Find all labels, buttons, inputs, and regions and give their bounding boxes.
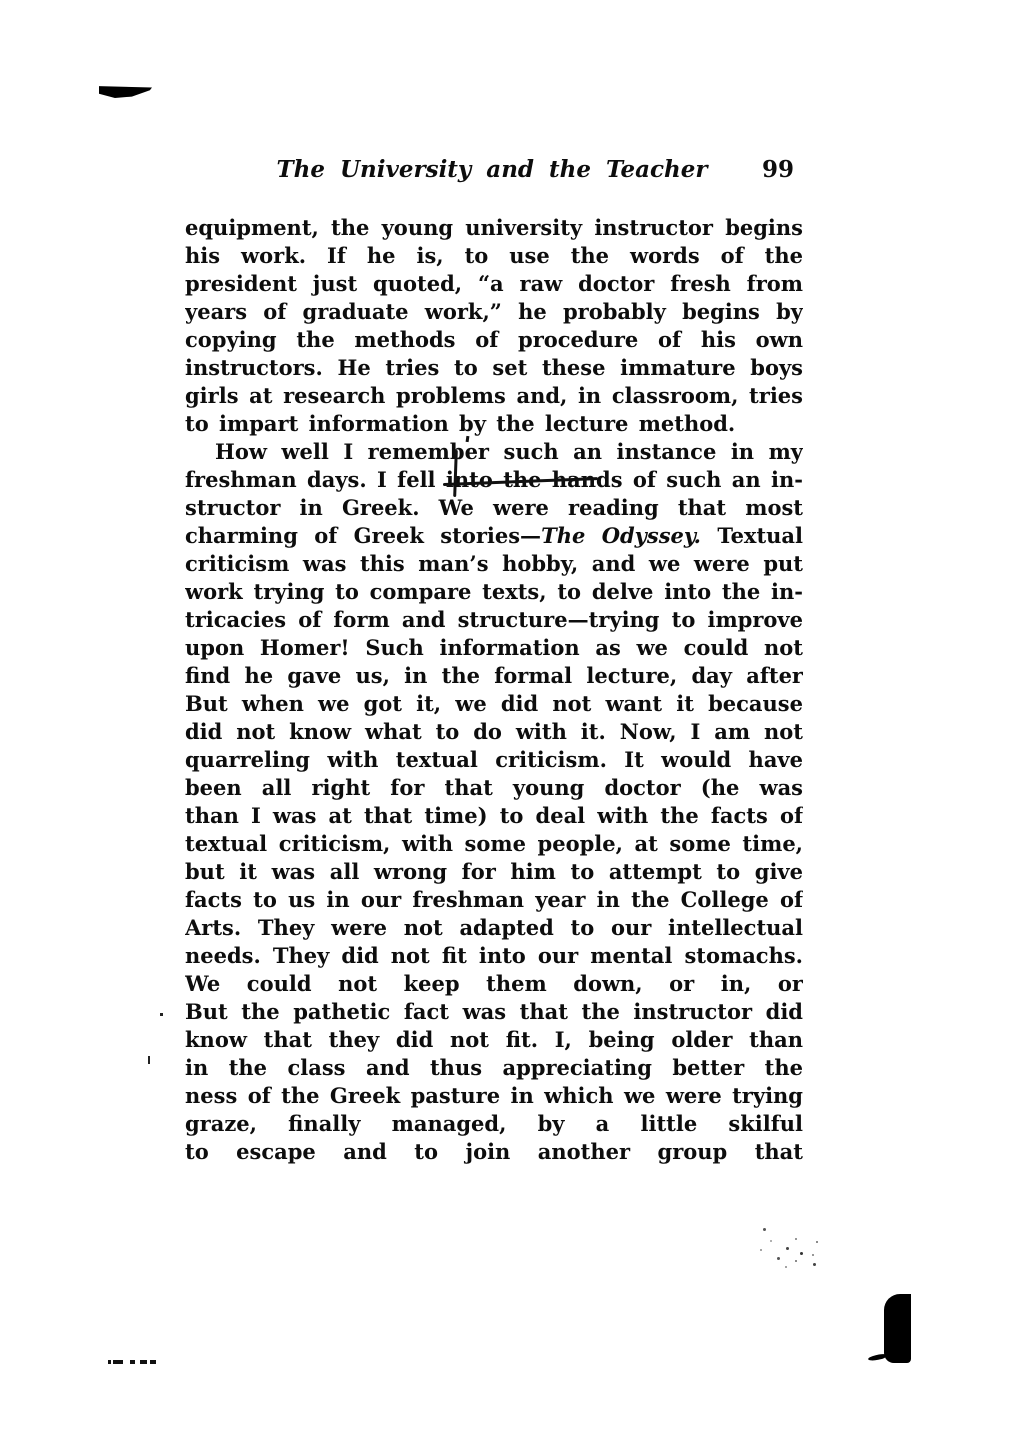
dash-mark <box>130 1360 135 1364</box>
text-line: find he gave us, in the formal lecture, … <box>185 662 803 690</box>
text-line: ness of the Greek pasture in which we we… <box>185 1082 803 1110</box>
text-line: instructors. He tries to set these immat… <box>185 354 803 382</box>
speckle-dot <box>760 1249 762 1251</box>
text-line: needs. They did not fit into our mental … <box>185 942 803 970</box>
text-line: but it was all wrong for him to attempt … <box>185 858 803 886</box>
text-line: criticism was this man’s hobby, and we w… <box>185 550 803 578</box>
text-line: years of graduate work,” he probably beg… <box>185 298 803 326</box>
text-line: equipment, the young university instruct… <box>185 214 803 242</box>
text-line: been all right for that young doctor (he… <box>185 774 803 802</box>
speckle-dot <box>786 1247 789 1250</box>
text-line: graze, finally managed, by a little skil… <box>185 1110 803 1138</box>
speckle-dot <box>770 1240 772 1242</box>
dash-mark <box>108 1360 111 1364</box>
body-text: equipment, the young university instruct… <box>185 214 803 1166</box>
text-line: to impart information by the lecture met… <box>185 410 803 438</box>
book-title-italic: The Odyssey. <box>541 523 701 548</box>
margin-speck <box>160 1013 163 1016</box>
text-line: to escape and to join another group that… <box>185 1138 803 1166</box>
text-line: in the class and thus appreciating bette… <box>185 1054 803 1082</box>
ink-blob-curl <box>868 1353 887 1362</box>
text-line: president just quoted, “a raw doctor fre… <box>185 270 803 298</box>
text-line: freshman days. I fell into the hands of … <box>185 466 803 494</box>
text-line: quarreling with textual criticism. It wo… <box>185 746 803 774</box>
text-line: girls at research problems and, in class… <box>185 382 803 410</box>
speckle-dot <box>795 1238 797 1240</box>
text-line: did not know what to do with it. Now, I … <box>185 718 803 746</box>
text-line: tricacies of form and structure—trying t… <box>185 606 803 634</box>
dash-mark <box>140 1360 147 1364</box>
text-line: facts to us in our freshman year in the … <box>185 886 803 914</box>
scanned-book-page: The University and the Teacher 99 equipm… <box>0 0 1010 1454</box>
dash-mark <box>150 1360 156 1364</box>
ink-blob-right-edge <box>884 1294 911 1363</box>
margin-speck <box>148 1056 150 1064</box>
text-line: Arts. They were not adapted to our intel… <box>185 914 803 942</box>
text-line: work trying to compare texts, to delve i… <box>185 578 803 606</box>
running-header-title: The University and the Teacher <box>277 156 708 183</box>
text-line: But when we got it, we did not want it b… <box>185 690 803 718</box>
text-line: How well I remember such an instance in … <box>185 438 803 466</box>
speckle-dot <box>813 1263 816 1266</box>
text-line: copying the methods of procedure of his … <box>185 326 803 354</box>
speckle-dot <box>812 1254 814 1256</box>
text-line: know that they did not fit. I, being old… <box>185 1026 803 1054</box>
text-line: upon Homer! Such information as we could… <box>185 634 803 662</box>
dash-mark <box>113 1360 123 1364</box>
text-line: But the pathetic fact was that the instr… <box>185 998 803 1026</box>
speckle-dot <box>800 1252 803 1255</box>
text-line: charming of Greek stories—The Odyssey. T… <box>185 522 803 550</box>
speckle-dot <box>777 1257 780 1260</box>
text-line: than I was at that time) to deal with th… <box>185 802 803 830</box>
text-line: We could not keep them down, or in, or s… <box>185 970 803 998</box>
page-number: 99 <box>762 156 794 183</box>
text-line: structor in Greek. We were reading that … <box>185 494 803 522</box>
speckle-dot <box>795 1260 797 1262</box>
text-line: textual criticism, with some people, at … <box>185 830 803 858</box>
speckle-dot <box>763 1228 766 1231</box>
speckle-dot <box>816 1241 818 1243</box>
ink-smudge-top-left <box>99 84 152 98</box>
speckle-dot <box>785 1266 787 1268</box>
text-line: his work. If he is, to use the words of … <box>185 242 803 270</box>
